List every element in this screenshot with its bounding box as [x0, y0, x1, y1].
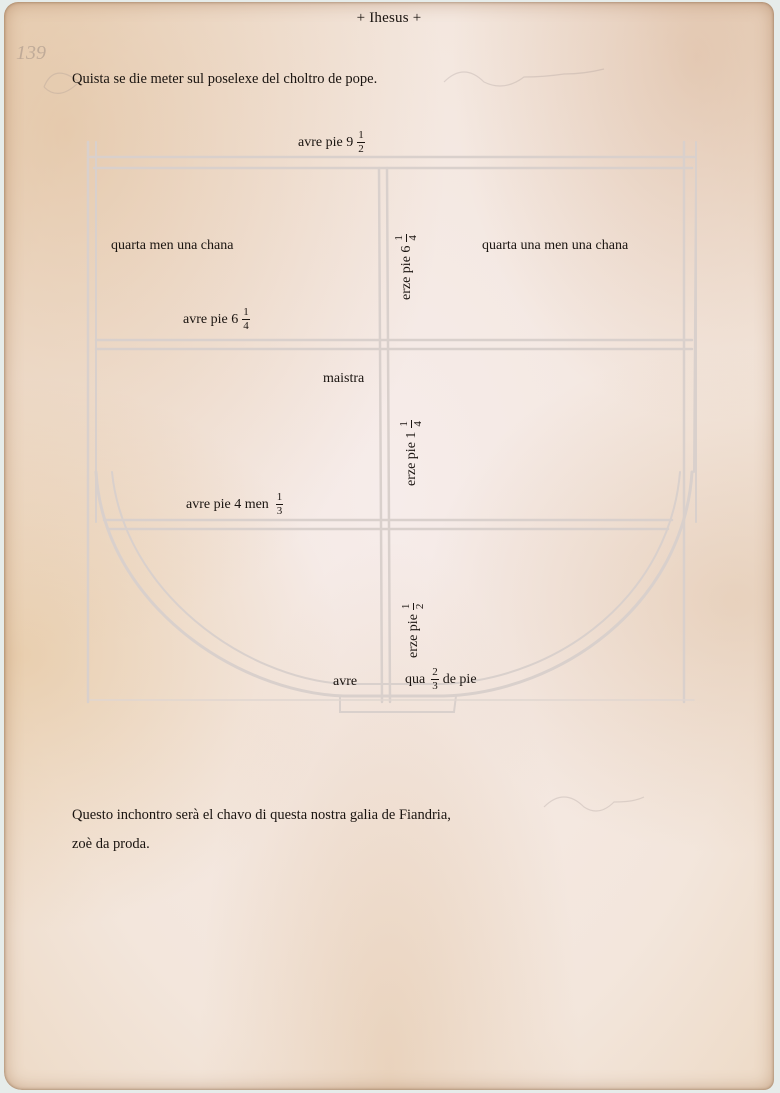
upper-width-label: avre pie 6 14: [183, 307, 250, 332]
fraction: 14: [242, 307, 250, 332]
upper-left-label: quarta men una chana: [111, 239, 233, 253]
closing-line-2: zoè da proda.: [72, 830, 592, 859]
lower-height-label: erze pie 12: [401, 603, 426, 658]
label-text: erze pie: [407, 614, 421, 658]
main-deck-label: maistra: [323, 372, 364, 386]
hull-section-diagram: [4, 2, 774, 1090]
fraction: 14: [399, 420, 424, 428]
fraction: 13: [276, 492, 284, 517]
upper-height-label: erze pie 6 14: [394, 234, 419, 300]
closing-text: Questo inchontro serà el chavo di questa…: [72, 801, 592, 859]
middle-width-label: avre pie 4 men 13: [186, 492, 283, 517]
page-header: + Ihesus +: [4, 10, 774, 27]
bottom-right-label: qua 23 de pie: [405, 667, 477, 692]
label-text: qua: [405, 673, 425, 687]
top-width-label: avre pie 9 12: [298, 130, 365, 155]
label-text: de pie: [443, 673, 477, 687]
label-text: erze pie 6: [400, 246, 414, 300]
bottom-left-label: avre: [333, 675, 357, 689]
upper-right-label: quarta una men una chana: [482, 239, 628, 253]
label-text: avre pie 9: [298, 136, 353, 150]
label-text: avre pie 6: [183, 313, 238, 327]
label-text: avre pie 4 men: [186, 498, 269, 512]
label-text: erze pie 1: [405, 432, 419, 486]
fraction: 14: [394, 234, 419, 242]
closing-line-1: Questo inchontro serà el chavo di questa…: [72, 801, 592, 830]
manuscript-page: 139: [4, 2, 774, 1090]
fraction: 12: [401, 603, 426, 611]
middle-height-label: erze pie 1 14: [399, 420, 424, 486]
fraction: 12: [357, 130, 365, 155]
fraction: 23: [431, 667, 439, 692]
intro-text: Quista se die meter sul poselexe del cho…: [72, 72, 377, 87]
